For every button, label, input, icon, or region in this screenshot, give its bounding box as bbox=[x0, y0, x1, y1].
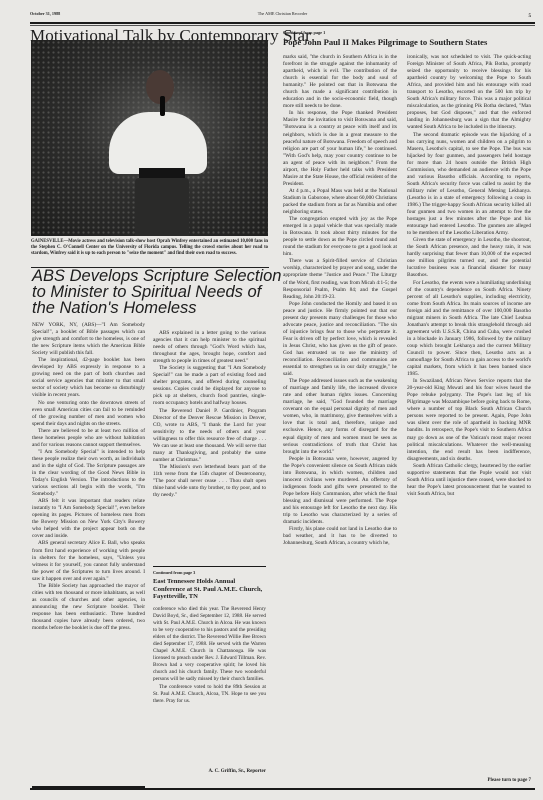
paragraph: The Pope addressed issues such as the we… bbox=[283, 378, 397, 456]
paragraph: ironically, was not scheduled to visit. … bbox=[407, 54, 531, 132]
pope-headline: Pope John Paul II Makes Pilgrimage to So… bbox=[283, 37, 538, 47]
paragraph: The Mission's own letterhead bears part … bbox=[153, 464, 266, 499]
etn-headline: East Tennessee Holds Annual Conference a… bbox=[153, 578, 268, 601]
section-rule bbox=[153, 566, 266, 567]
paragraph: The conference voted to hold the 89th Se… bbox=[153, 684, 266, 705]
jump-line: Please turn to page 7 bbox=[407, 778, 531, 783]
paragraph: ABS explained in a letter going to the v… bbox=[153, 330, 266, 365]
newspaper-page: October 31, 1988 The AME Christian Recor… bbox=[30, 0, 535, 800]
paragraph: No one venturing onto the downtown stree… bbox=[32, 400, 145, 428]
abs-column-1: NEW YORK, NY, (ABS)—"I Am Somebody Speci… bbox=[32, 322, 145, 632]
pope-column-4: ironically, was not scheduled to visit. … bbox=[407, 54, 531, 498]
paragraph: The congregation erupted with joy as the… bbox=[283, 216, 397, 258]
page-number: 5 bbox=[529, 14, 532, 19]
paragraph: There was a Spirit-filled service of Chr… bbox=[283, 258, 397, 300]
paragraph: ABS felt it was important that readers r… bbox=[32, 498, 145, 540]
paragraph: For Lesotho, the events were a humiliati… bbox=[407, 280, 531, 379]
abs-headline: ABS Develops Scripture Selection to Mini… bbox=[32, 268, 282, 316]
paragraph: "I Am Somebody Special" is intended to h… bbox=[32, 449, 145, 498]
paragraph: ABS general secretary Alice E. Ball, who… bbox=[32, 540, 145, 582]
masthead-rule bbox=[30, 22, 535, 24]
page-bottom-rule bbox=[30, 788, 535, 790]
paragraph: The Society is suggesting that "I Am Som… bbox=[153, 365, 266, 407]
paragraph: marks said, "the church in Southern Afri… bbox=[283, 54, 397, 110]
abs-column-2: ABS explained in a letter going to the v… bbox=[153, 330, 266, 499]
paragraph: South African Catholic clergy, heartened… bbox=[407, 463, 531, 498]
microphone-icon bbox=[160, 96, 165, 116]
paragraph: People in Botswana were, however, angere… bbox=[283, 456, 397, 526]
paragraph: The second dramatic episode was the hija… bbox=[407, 132, 531, 238]
masthead: October 31, 1988 The AME Christian Recor… bbox=[30, 8, 535, 22]
pope-continued-label: Continued from page 1 bbox=[283, 30, 325, 35]
issue-date: October 31, 1988 bbox=[30, 11, 60, 16]
paragraph: Pope John conducted the Homily and based… bbox=[283, 301, 397, 379]
paragraph: NEW YORK, NY, (ABS)—"I Am Somebody Speci… bbox=[32, 322, 145, 357]
paragraph: The Bible Society has approached the may… bbox=[32, 583, 145, 632]
paragraph: The Reverend Daniel P. Gardinier, Progra… bbox=[153, 408, 266, 464]
paragraph: conference who died this year. The Rever… bbox=[153, 606, 266, 684]
etn-body: conference who died this year. The Rever… bbox=[153, 606, 266, 705]
photo-caption: GAINESVILLE—Movie actress and television… bbox=[31, 239, 268, 257]
paper-name: The AME Christian Recorder bbox=[230, 11, 335, 16]
paragraph: In his response, the Pope thanked Presid… bbox=[283, 110, 397, 188]
paragraph: The inspirational, 42-page booklet has b… bbox=[32, 357, 145, 399]
paragraph: Given the state of emergency in Lesotho,… bbox=[407, 237, 531, 279]
etn-continued-label: Continued from page 3 bbox=[153, 570, 195, 575]
paragraph: There are believed to be at least two mi… bbox=[32, 428, 145, 449]
oprah-photo bbox=[31, 40, 268, 236]
speaker-blouse bbox=[109, 112, 207, 174]
pope-column-3: marks said, "the church in Southern Afri… bbox=[283, 54, 397, 547]
paragraph: In Swaziland, African News Service repor… bbox=[407, 378, 531, 463]
speaker-skirt bbox=[135, 178, 189, 236]
paragraph: Firstly, his plane could not land in Les… bbox=[283, 526, 397, 547]
etn-byline: A. C. Griffin, Sr., Reporter bbox=[153, 769, 266, 774]
paragraph: At 4 p.m., a Popal Mass was held at the … bbox=[283, 188, 397, 216]
